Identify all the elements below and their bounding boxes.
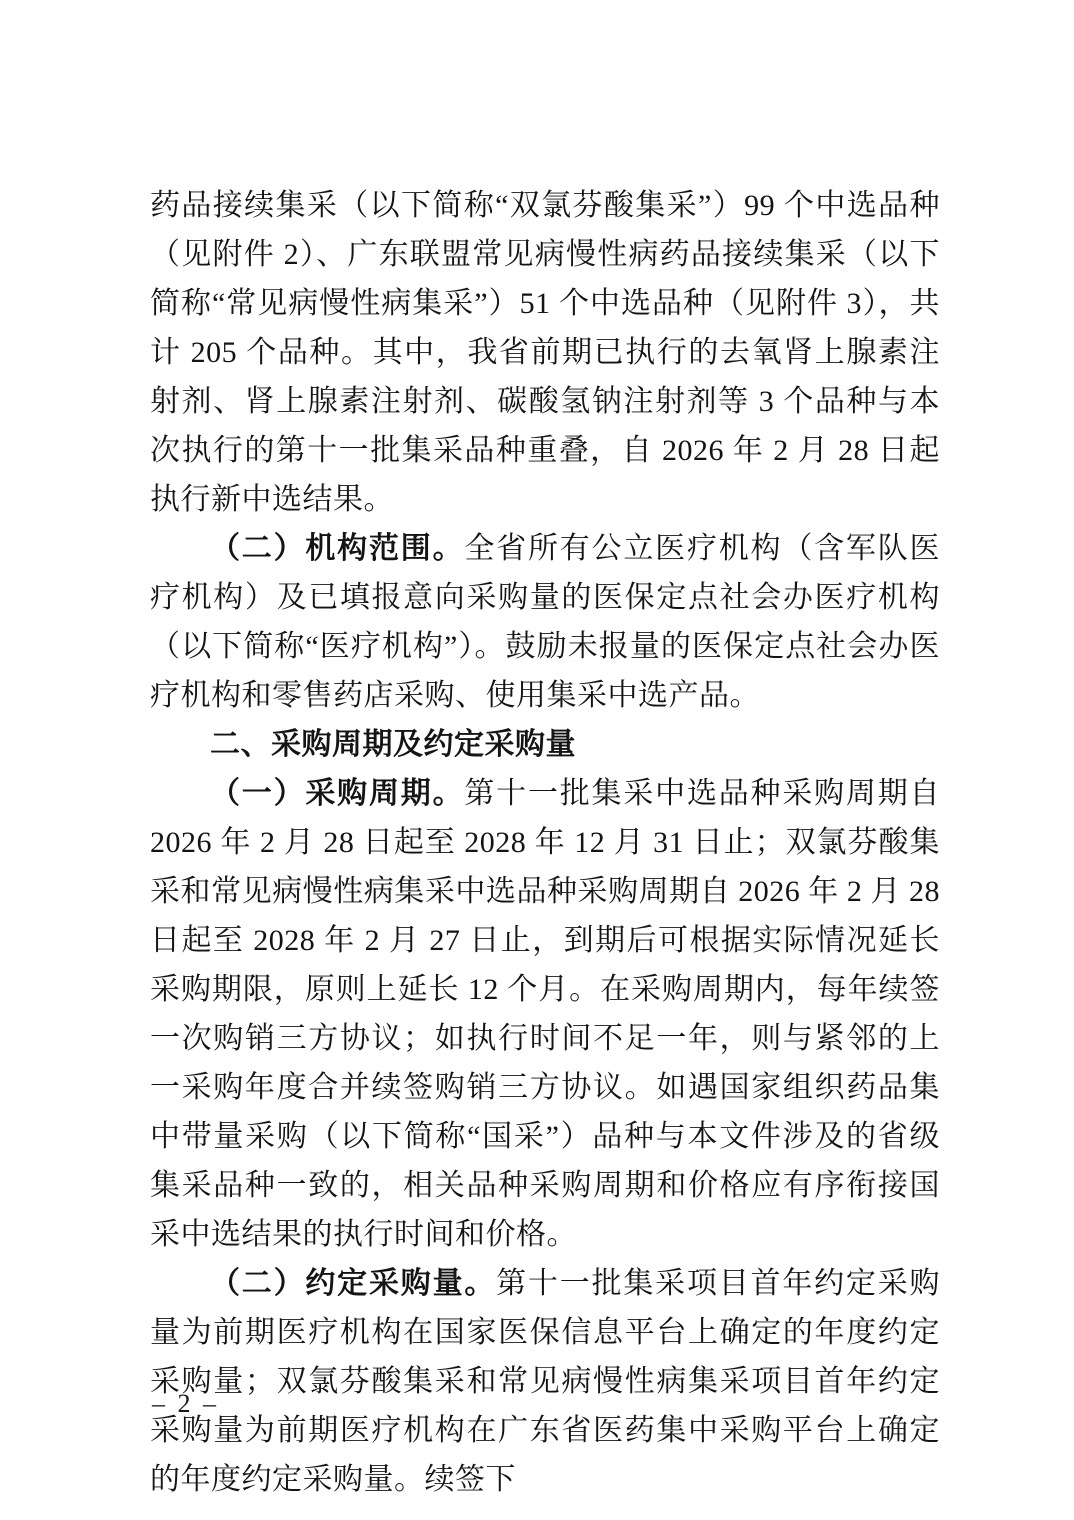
- page-number: – 2 –: [152, 1389, 219, 1418]
- document-page: 药品接续集采（以下简称“双氯芬酸集采”）99 个中选品种（见附件 2）、广东联盟…: [0, 0, 1074, 1520]
- page-footer: – 2 –: [152, 1388, 219, 1420]
- paragraph-lead: （二）机构范围。: [210, 532, 464, 565]
- paragraph-lead: （一）采购周期。: [210, 777, 464, 810]
- document-body: 药品接续集采（以下简称“双氯芬酸集采”）99 个中选品种（见附件 2）、广东联盟…: [150, 181, 940, 1504]
- paragraph: （二）约定采购量。第十一批集采项目首年约定采购量为前期医疗机构在国家医保信息平台…: [150, 1259, 940, 1504]
- paragraph-text: 第十一批集采项目首年约定采购量为前期医疗机构在国家医保信息平台上确定的年度约定采…: [150, 1267, 940, 1496]
- paragraph: （一）采购周期。第十一批集采中选品种采购周期自 2026 年 2 月 28 日起…: [150, 769, 940, 1259]
- paragraph-text: 第十一批集采中选品种采购周期自 2026 年 2 月 28 日起至 2028 年…: [150, 777, 940, 1251]
- paragraph: （二）机构范围。全省所有公立医疗机构（含军队医疗机构）及已填报意向采购量的医保定…: [150, 524, 940, 720]
- section-heading: 二、采购周期及约定采购量: [150, 720, 940, 769]
- paragraph-lead: （二）约定采购量。: [210, 1267, 496, 1300]
- paragraph: 药品接续集采（以下简称“双氯芬酸集采”）99 个中选品种（见附件 2）、广东联盟…: [150, 181, 940, 524]
